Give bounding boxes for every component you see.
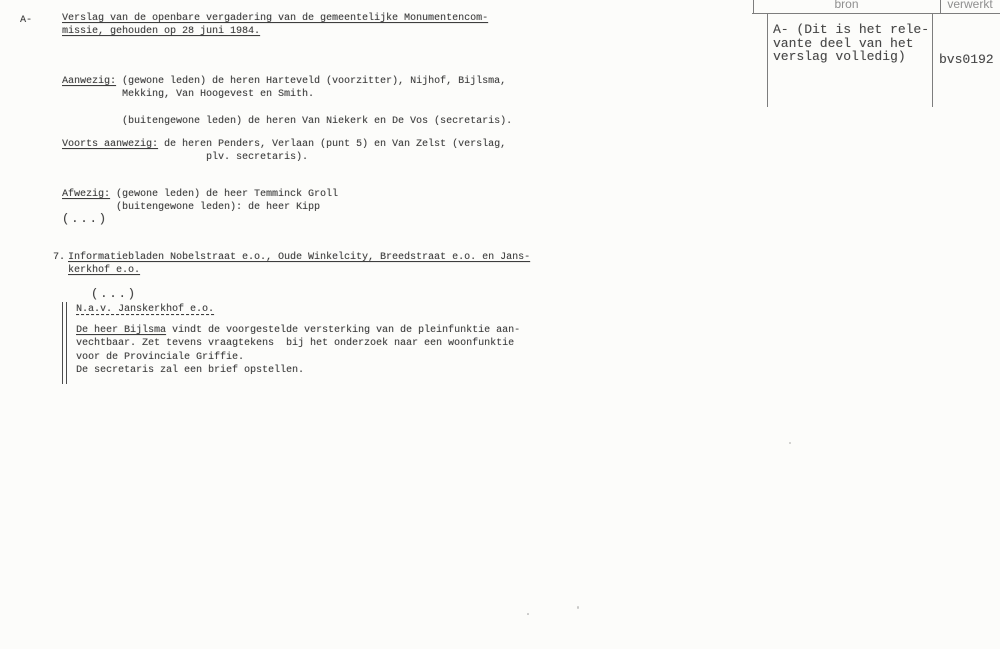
attendance-afwezig: Afwezig: (gewone leden) de heer Temminck… (62, 188, 338, 215)
voorts-label: Voorts aanwezig: (62, 139, 158, 150)
item7-omission-ellipsis: (...) (91, 288, 137, 301)
item7-subheading: N.a.v. Janskerkhof e.o. (76, 303, 214, 316)
attendance-aanwezig: Aanwezig: (gewone leden) de heren Hartev… (62, 75, 512, 129)
stamp-col-bron-label: bron (753, 0, 940, 11)
stamp-verwerkt-code: bvs0192 (939, 53, 994, 67)
scan-speck (577, 606, 579, 609)
stamp-header-underline (752, 13, 1000, 14)
scan-speck (527, 613, 529, 615)
margin-source-code: A- (20, 14, 32, 27)
scan-speck (789, 442, 791, 444)
aanwezig-label: Aanwezig: (62, 76, 116, 87)
item7-title: Informatiebladen Nobelstraat e.o., Oude … (68, 251, 530, 278)
item7-paragraph-lead: De heer Bijlsma (76, 325, 166, 336)
afwezig-label: Afwezig: (62, 189, 110, 200)
stamp-cell-left-border (767, 14, 768, 107)
stamp-cell-divider (932, 14, 933, 107)
stamp-bron-note: A- (Dit is het rele- vante deel van het … (773, 23, 929, 64)
margin-marking-rule-inner (66, 302, 67, 384)
attendance-voorts: Voorts aanwezig: de heren Penders, Verla… (62, 138, 506, 165)
stamp-col-verwerkt-label: verwerkt (940, 0, 1000, 11)
scanned-document-page: A- Verslag van de openbare vergadering v… (0, 0, 1000, 649)
item7-paragraph: De heer Bijlsma vindt de voorgestelde ve… (76, 324, 520, 378)
item7-number: 7. (53, 251, 65, 264)
margin-marking-rule-outer (62, 302, 63, 384)
omission-ellipsis: (...) (62, 213, 108, 226)
document-title: Verslag van de openbare vergadering van … (62, 12, 488, 39)
aanwezig-text: (gewone leden) de heren Harteveld (voorz… (62, 76, 512, 127)
